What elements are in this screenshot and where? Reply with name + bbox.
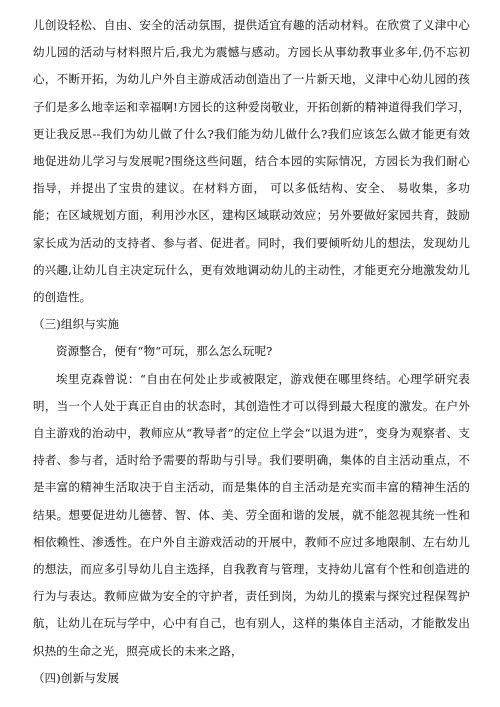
section-heading: （四)创新与发展 bbox=[33, 665, 470, 692]
paragraph: 埃里克森曾说：“自由在何处止步或被限定，游戏便在哪里终结。心理学研究表明，当一个… bbox=[33, 366, 470, 665]
document-page: 儿创设轻松、自由、安全的活动氛围，提供适宜有趣的活动材料。在欣赏了义津中心幼儿园… bbox=[0, 0, 500, 707]
document-body: 儿创设轻松、自由、安全的活动氛围，提供适宜有趣的活动材料。在欣赏了义津中心幼儿园… bbox=[33, 12, 470, 692]
paragraph: 资源整合，便有“物“可玩，那么怎么玩呢? bbox=[33, 338, 470, 365]
paragraph: 儿创设轻松、自由、安全的活动氛围，提供适宜有趣的活动材料。在欣赏了义津中心幼儿园… bbox=[33, 12, 470, 311]
section-heading: （三)组织与实施 bbox=[33, 311, 470, 338]
